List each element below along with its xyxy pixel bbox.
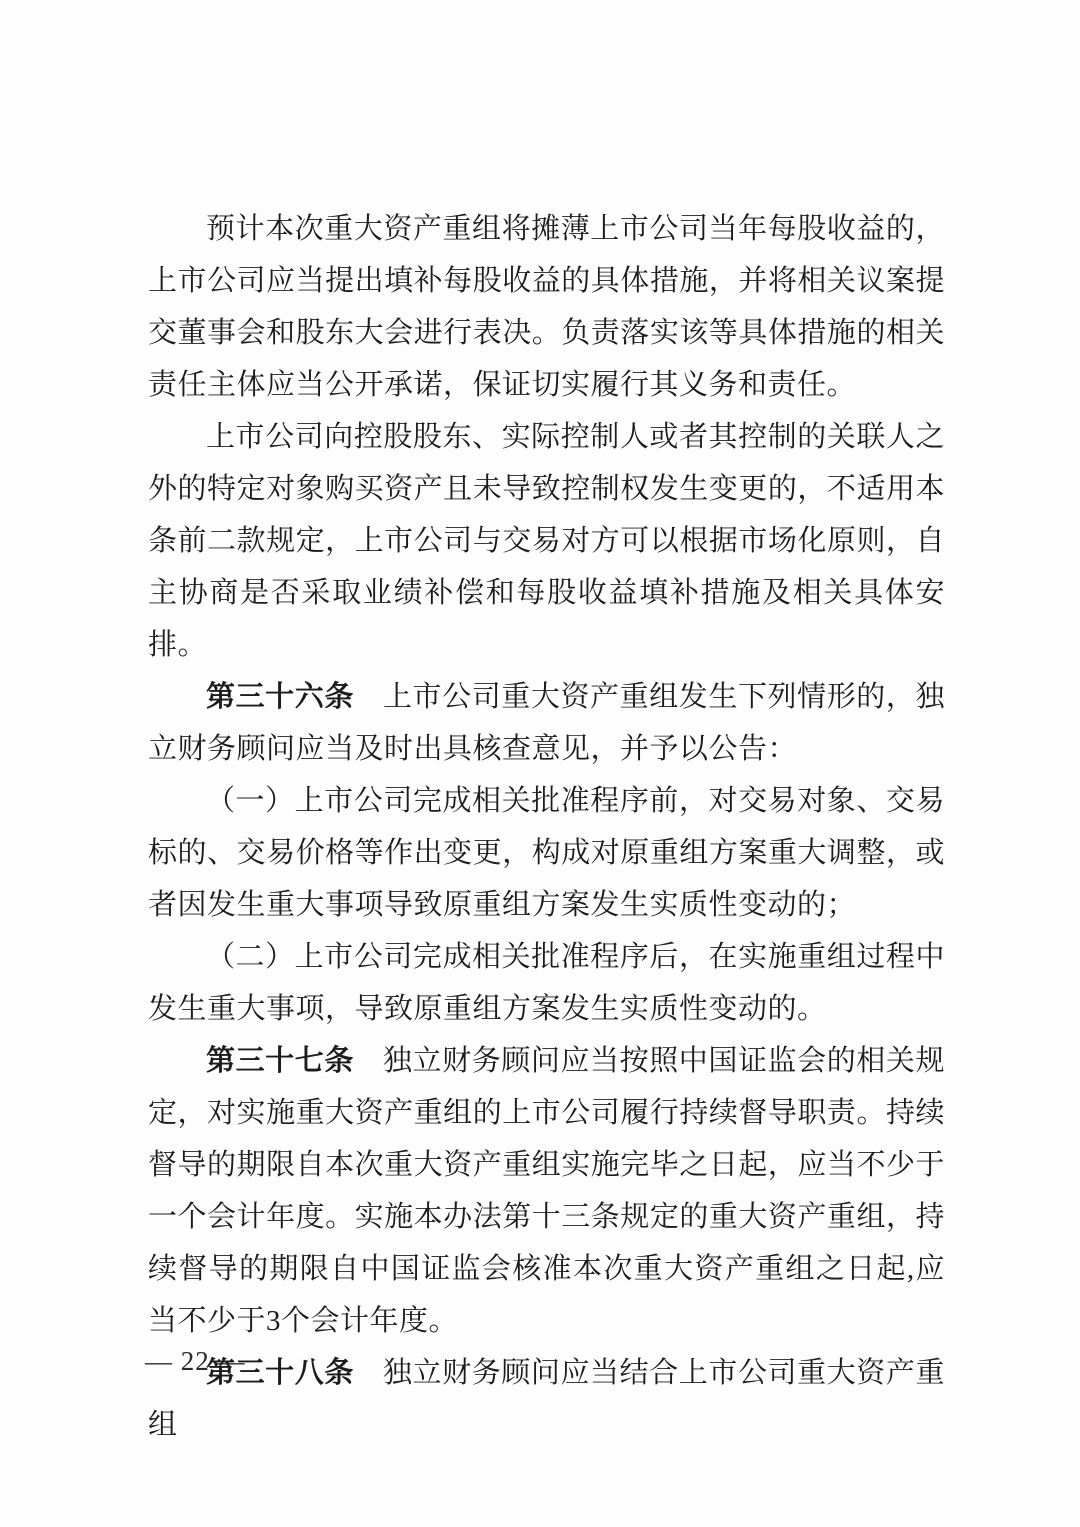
paragraph-item-2: （二）上市公司完成相关批准程序后，在实施重组过程中发生重大事项，导致原重组方案发… xyxy=(148,931,945,1035)
paragraph-article-36: 第三十六条上市公司重大资产重组发生下列情形的，独立财务顾问应当及时出具核查意见，… xyxy=(148,671,945,775)
document-page: 预计本次重大资产重组将摊薄上市公司当年每股收益的，上市公司应当提出填补每股收益的… xyxy=(0,0,1080,1527)
paragraph-article-37: 第三十七条独立财务顾问应当按照中国证监会的相关规定，对实施重大资产重组的上市公司… xyxy=(148,1035,945,1347)
article-36-number-heading: 第三十六条 xyxy=(206,681,354,713)
paragraph-item-1: （一）上市公司完成相关批准程序前，对交易对象、交易标的、交易价格等作出变更，构成… xyxy=(148,775,945,931)
page-number: — 22 — xyxy=(145,1344,246,1378)
article-37-number-heading: 第三十七条 xyxy=(206,1045,354,1077)
paragraph-eps-dilution: 预计本次重大资产重组将摊薄上市公司当年每股收益的，上市公司应当提出填补每股收益的… xyxy=(148,203,945,411)
article-37-text: 独立财务顾问应当按照中国证监会的相关规定，对实施重大资产重组的上市公司履行持续督… xyxy=(148,1045,945,1337)
document-body: 预计本次重大资产重组将摊薄上市公司当年每股收益的，上市公司应当提出填补每股收益的… xyxy=(148,203,945,1451)
paragraph-article-38: 第三十八条独立财务顾问应当结合上市公司重大资产重组 xyxy=(148,1347,945,1451)
paragraph-exemption: 上市公司向控股股东、实际控制人或者其控制的关联人之外的特定对象购买资产且未导致控… xyxy=(148,411,945,671)
